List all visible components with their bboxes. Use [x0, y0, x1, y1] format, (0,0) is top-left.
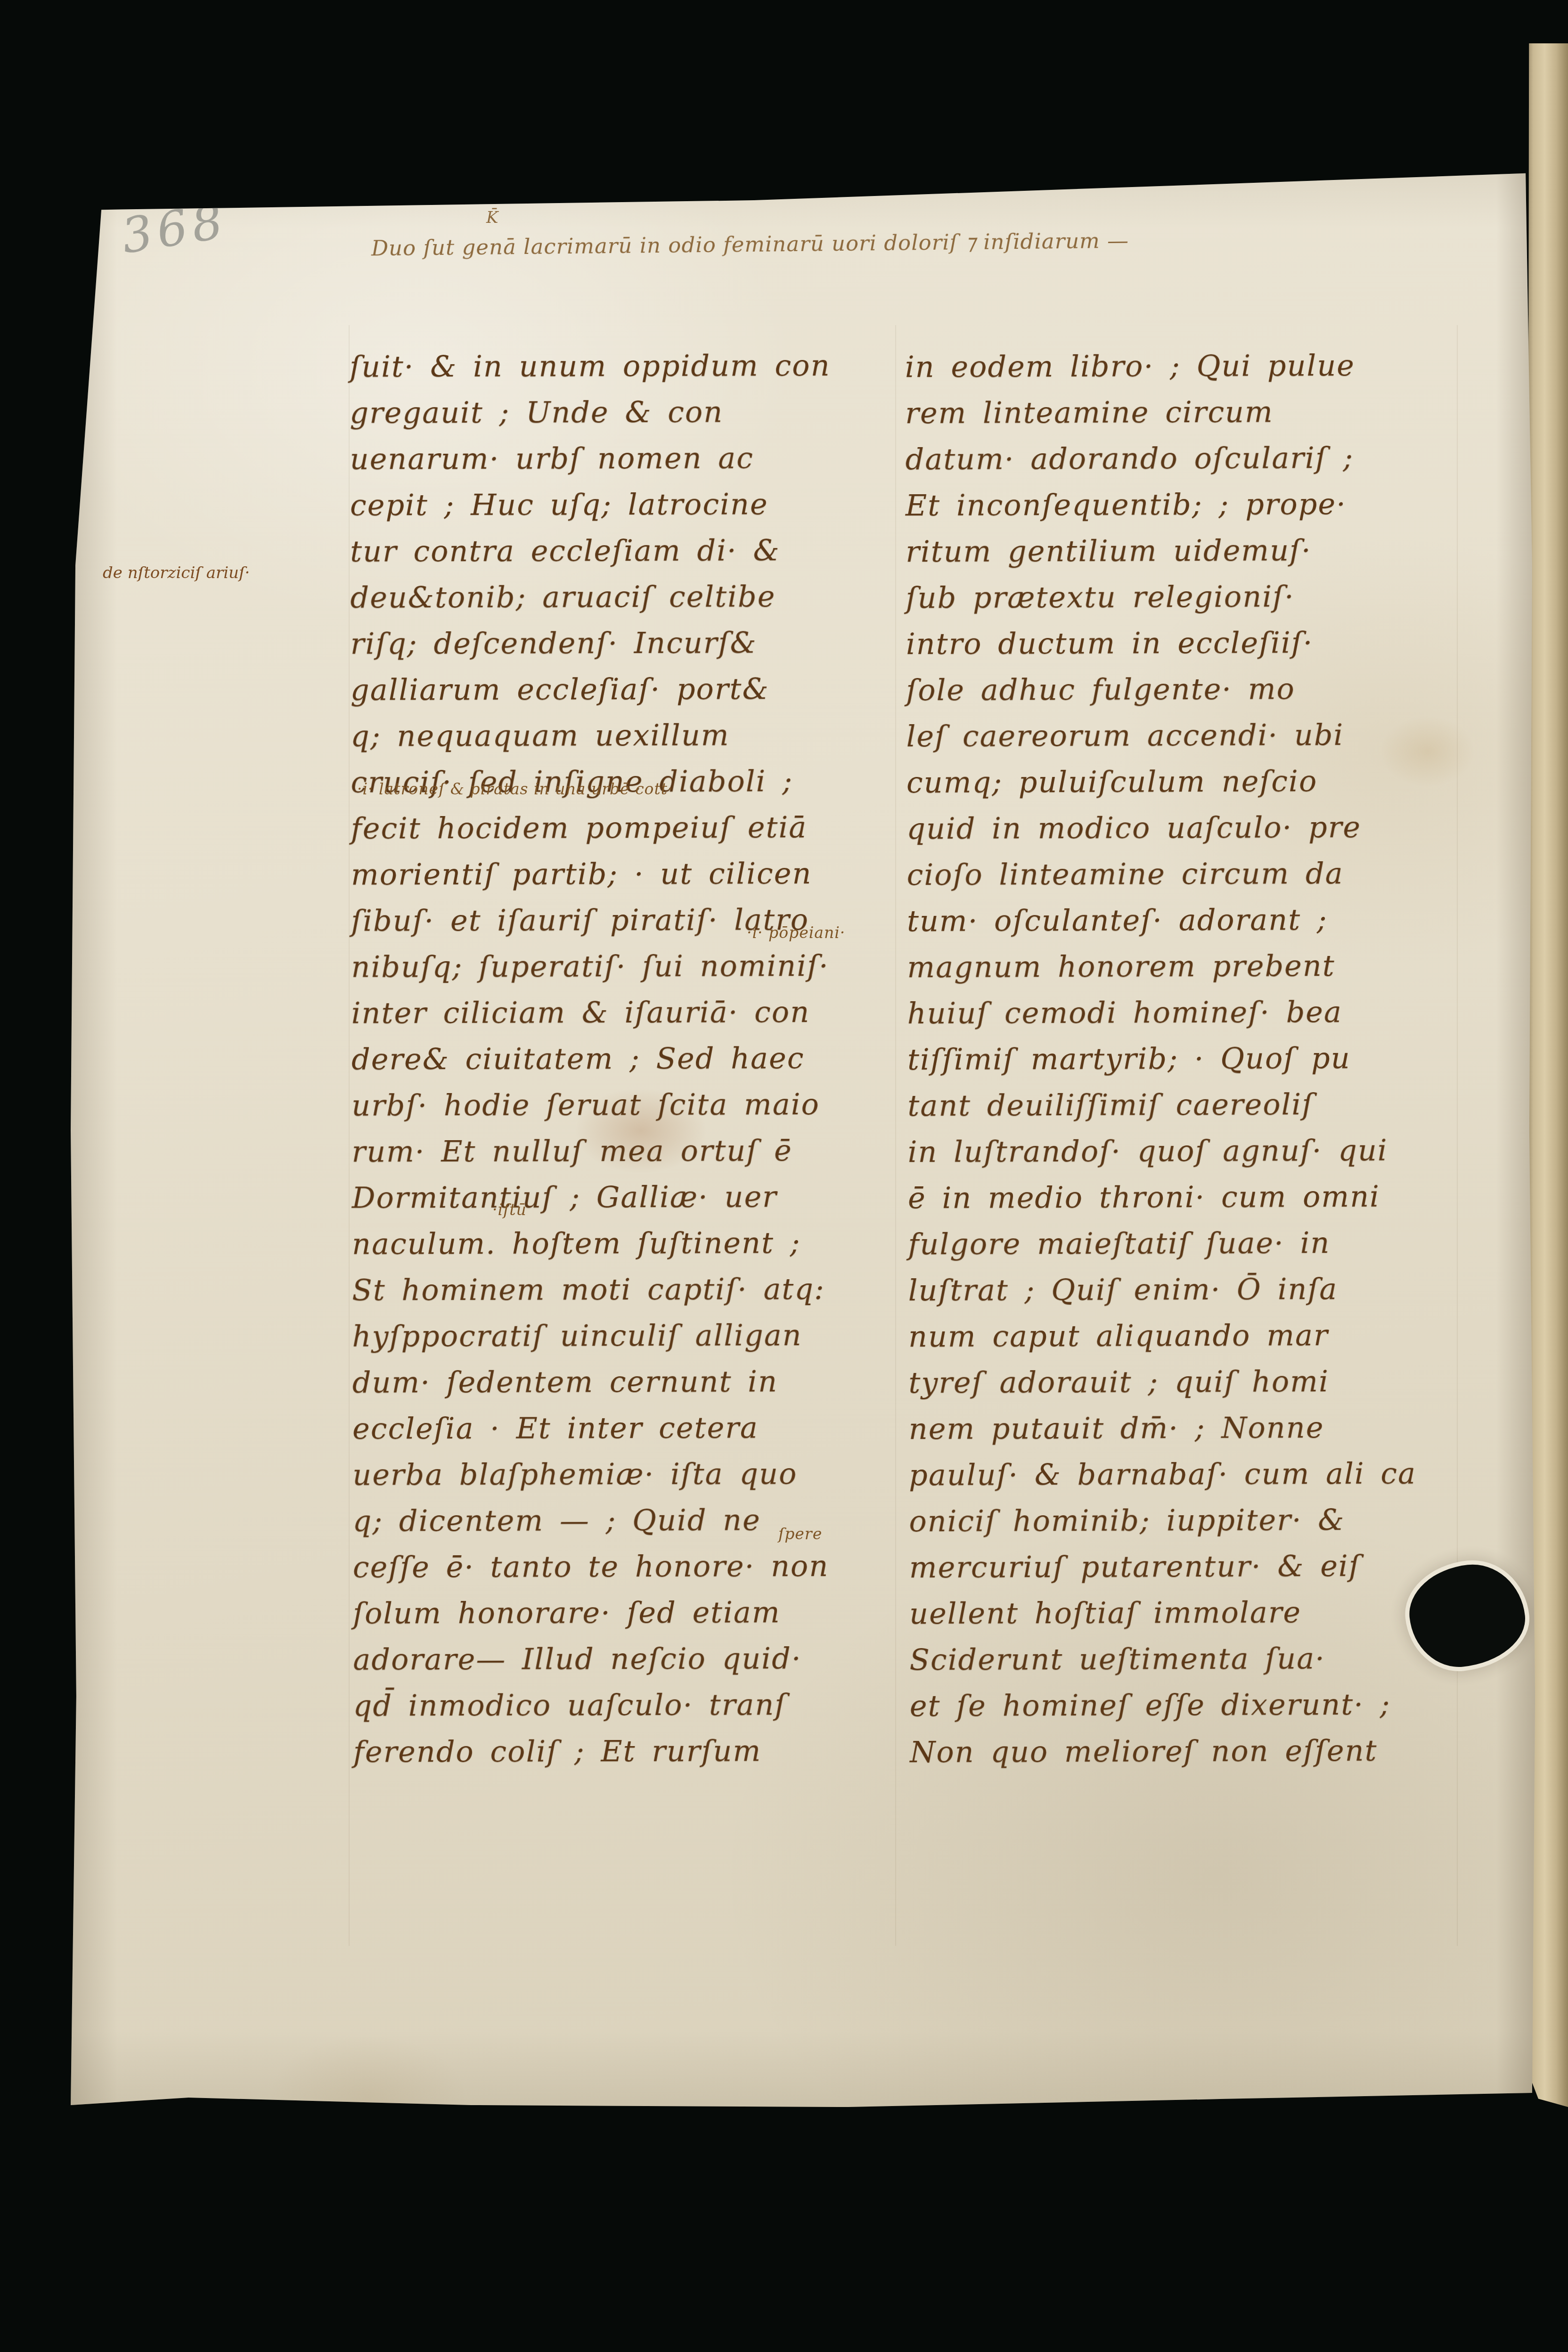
- manuscript-line: intro ductum in eccleſiiſ·: [906, 619, 1467, 667]
- text-column-left: ſuit· & in unum oppidum congregauit ; Un…: [350, 342, 905, 1775]
- manuscript-line: rem linteamine circum: [905, 388, 1466, 436]
- manuscript-line: in eodem libro· ; Qui pulue: [905, 342, 1466, 390]
- manuscript-line: galliarum eccleſiaſ· port&: [351, 665, 902, 713]
- manuscript-line: ſole adhuc fulgente· mo: [906, 665, 1467, 713]
- manuscript-line: nibuſq; ſuperatiſ· ſui nominiſ·: [351, 942, 902, 990]
- manuscript-line: quid in modico uaſculo· pre: [906, 804, 1467, 852]
- manuscript-page: 368 K̄ Duo ſut genā lacrimarū in odio fe…: [66, 170, 1541, 2108]
- manuscript-line: uenarum· urbſ nomen ac: [350, 434, 901, 482]
- manuscript-line: tur contra eccleſiam di· &: [350, 527, 901, 574]
- manuscript-line: tyreſ adorauit ; quiſ homi: [908, 1358, 1469, 1406]
- manuscript-line: adorare— Illud neſcio quid·: [353, 1635, 904, 1682]
- text-column-right: in eodem libro· ; Qui puluerem linteamin…: [905, 342, 1471, 1775]
- manuscript-line: St hominem moti captiſ· atq:: [352, 1266, 903, 1313]
- manuscript-line: q; nequaquam uexillum: [351, 711, 902, 759]
- interlinear-gloss: ſpere: [778, 1525, 822, 1543]
- manuscript-line: ferendo coliſ ; Et rurſum: [353, 1727, 905, 1775]
- manuscript-line: tiſſimiſ martyrib; · Quoſ pu: [907, 1035, 1468, 1083]
- folio-number: 368: [118, 193, 231, 265]
- manuscript-line: cepit ; Huc uſq; latrocine: [350, 481, 901, 528]
- manuscript-line: urbſ· hodie ſeruat ſcita maio: [351, 1081, 903, 1128]
- manuscript-line: dere& ciuitatem ; Sed haec: [351, 1035, 903, 1082]
- manuscript-line: rum· Et nulluſ mea ortuſ ē: [351, 1127, 903, 1175]
- manuscript-line: leſ caereorum accendi· ubi: [906, 711, 1467, 759]
- manuscript-line: fulgore maieſtatiſ ſuae· in: [908, 1219, 1469, 1267]
- manuscript-line: Non quo melioreſ non eſſent: [910, 1727, 1470, 1775]
- manuscript-line: et ſe homineſ eſſe dixerunt· ;: [910, 1681, 1470, 1729]
- manuscript-line: fecit hocidem pompeiuſ etiā: [351, 804, 902, 851]
- manuscript-line: hyſppocratiſ uinculiſ alligan: [352, 1312, 903, 1359]
- manuscript-line: uerba blaſphemiæ· iſta quo: [352, 1450, 904, 1498]
- manuscript-line: nem putauit dm̄· ; Nonne: [909, 1404, 1470, 1452]
- manuscript-line: ritum gentilium uidemuſ·: [906, 527, 1466, 575]
- top-marginal-annotation: Duo ſut genā lacrimarū in odio feminarū …: [371, 228, 1129, 261]
- ruling-line: [349, 325, 350, 1946]
- manuscript-line: num caput aliquando mar: [908, 1312, 1469, 1360]
- manuscript-line: tum· oſculanteſ· adorant ;: [907, 896, 1468, 944]
- stain: [269, 2035, 466, 2158]
- manuscript-line: ceſſe ē· tanto te honore· non: [353, 1543, 904, 1590]
- manuscript-line: pauluſ· & barnabaſ· cum ali ca: [909, 1450, 1470, 1498]
- interlinear-gloss: ·i· pōpeiani·: [747, 923, 845, 942]
- manuscript-line: cumq; puluiſculum neſcio: [906, 758, 1467, 806]
- manuscript-line: magnum honorem prebent: [907, 942, 1468, 990]
- manuscript-line: huiuſ cemodi homineſ· bea: [907, 988, 1468, 1037]
- manuscript-line: tant deuiliſſimiſ caereoliſ: [907, 1081, 1468, 1129]
- manuscript-line: inter ciliciam & iſauriā· con: [351, 988, 903, 1036]
- manuscript-line: mercuriuſ putarentur· & eiſ: [909, 1543, 1470, 1591]
- manuscript-line: cioſo linteamine circum da: [906, 850, 1467, 898]
- manuscript-line: oniciſ hominib; iuppiter· &: [909, 1496, 1470, 1544]
- manuscript-line: morientiſ partib; · ut cilicen: [351, 850, 902, 898]
- manuscript-line: uellent hoſtiaſ immolare: [909, 1589, 1470, 1637]
- header-interlinear-gloss: K̄: [486, 208, 498, 227]
- manuscript-line: dum· ſedentem cernunt in: [352, 1358, 904, 1405]
- manuscript-line: naculum. hoſtem ſuſtinent ;: [352, 1219, 903, 1267]
- manuscript-line: Et inconſequentib; ; prope·: [906, 481, 1466, 529]
- manuscript-line: Sciderunt ueſtimenta ſua·: [909, 1635, 1470, 1683]
- manuscript-line: ſolum honorare· ſed etiam: [353, 1589, 904, 1636]
- manuscript-line: riſq; deſcendenſ· Incurſ&: [351, 619, 902, 667]
- manuscript-line: in luſtrandoſ· quoſ agnuſ· qui: [908, 1127, 1469, 1175]
- manuscript-line: ſub prætextu relegioniſ·: [906, 573, 1466, 621]
- interlinear-gloss: ·iſtū: [492, 1200, 527, 1219]
- interlinear-gloss: ·i· latroneſ & piratas in una urbē cott·: [357, 780, 673, 798]
- manuscript-line: ſuit· & in unum oppidum con: [350, 342, 901, 390]
- manuscript-line: Dormitantiuſ ; Galliæ· uer: [352, 1173, 903, 1221]
- manuscript-line: luſtrat ; Quiſ enim· Ō inſa: [908, 1266, 1469, 1314]
- manuscript-line: qd̄ inmodico uaſculo· tranſ: [353, 1681, 904, 1729]
- manuscript-line: datum· adorando oſculariſ ;: [905, 434, 1466, 482]
- manuscript-line: eccleſia · Et inter cetera: [352, 1404, 904, 1452]
- left-margin-note: de nſtorziciſ ariuſ·: [103, 563, 250, 582]
- manuscript-line: deu&tonib; aruaciſ celtibe: [350, 573, 901, 621]
- manuscript-line: ē in medio throni· cum omni: [908, 1173, 1469, 1221]
- manuscript-line: gregauit ; Unde & con: [350, 388, 901, 436]
